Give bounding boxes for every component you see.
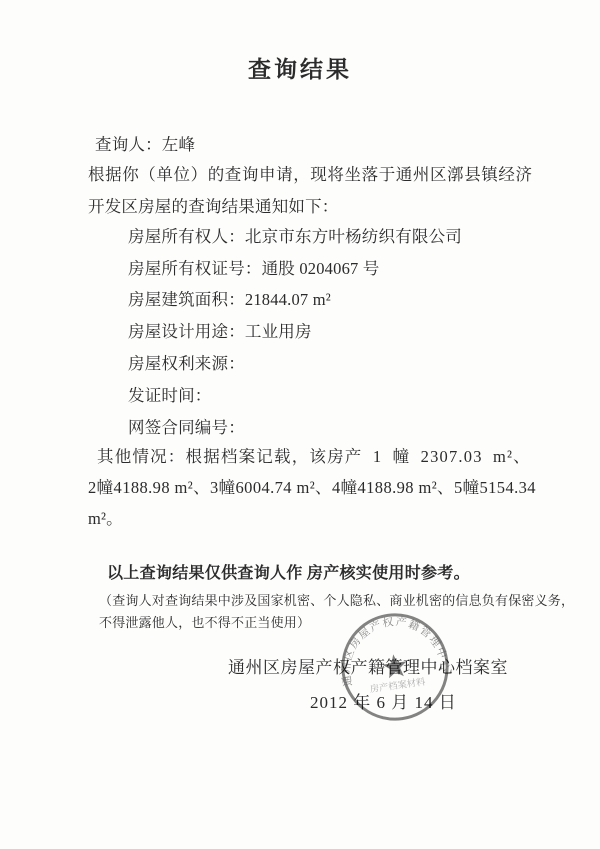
seal-center-text: 房产档案材料 xyxy=(369,676,427,696)
other-info-line-3: m²。 xyxy=(88,511,123,528)
confidentiality-note-line-1: （查询人对查询结果中涉及国家机密、个人隐私、商业机密的信息负有保密义务， xyxy=(99,594,574,607)
detail-owner: 房屋所有权人：北京市东方叶杨纺织有限公司 xyxy=(128,229,462,246)
usage-note-bold: 以上查询结果仅供查询人作 房产核实使用时参考。 xyxy=(107,566,470,582)
seal-star-icon xyxy=(381,653,408,679)
confidentiality-note-line-2: 不得泄露他人，也不得不正当使用） xyxy=(99,616,310,629)
other-info-line-2: 2幢4188.98 m²、3幢6004.74 m²、4幢4188.98 m²、5… xyxy=(88,480,536,497)
applicant-line: 查询人：左峰 xyxy=(95,137,195,154)
intro-line-2: 开发区房屋的查询结果通知如下： xyxy=(88,199,339,216)
detail-cert-number: 房屋所有权证号：通股 0204067 号 xyxy=(128,261,380,278)
detail-issue-date: 发证时间： xyxy=(128,388,212,405)
detail-designed-use: 房屋设计用途：工业用房 xyxy=(128,324,312,341)
seal-arc-text: 通州区房屋产权产籍管理中心 xyxy=(332,607,453,687)
detail-floor-area: 房屋建筑面积：21844.07 m² xyxy=(128,292,331,309)
intro-line-1: 根据你（单位）的查询申请，现将坐落于通州区漷县镇经济 xyxy=(88,167,533,184)
document-page: 查询结果 查询人：左峰 根据你（单位）的查询申请，现将坐落于通州区漷县镇经济 开… xyxy=(0,0,600,849)
page-title: 查询结果 xyxy=(0,58,600,81)
detail-contract-number: 网签合同编号： xyxy=(128,420,245,437)
detail-rights-source: 房屋权利来源： xyxy=(128,356,245,373)
other-info-line-1: 其他情况：根据档案记载，该房产 1 幢 2307.03 m²、 xyxy=(97,449,531,466)
official-seal: 通州区房屋产权产籍管理中心 房产档案材料 xyxy=(328,600,461,733)
